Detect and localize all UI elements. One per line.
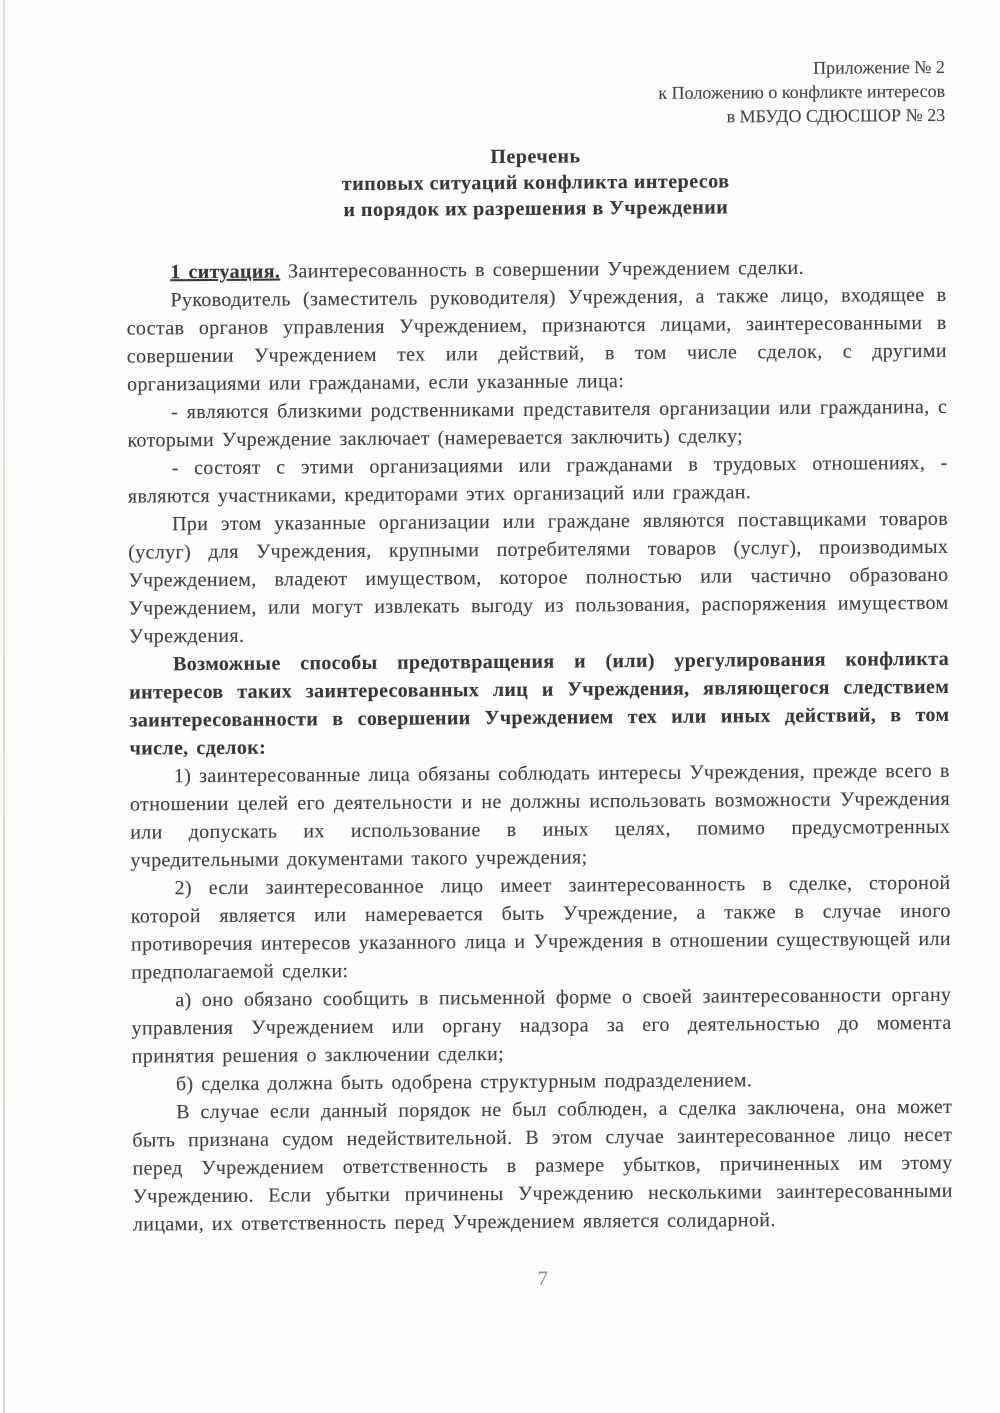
situation-1-lead: 1 ситуация. [170, 261, 280, 284]
header-line-institution: в МБУДО СДЮСШОР № 23 [125, 103, 945, 133]
paragraph-list-labor-relations: - состоят с этими организациями или граж… [128, 449, 948, 511]
document-page: Приложение № 2 к Положению о конфликте и… [0, 0, 1000, 1413]
paragraph-list-relatives: - являются близкими родственниками предс… [127, 393, 947, 455]
page-number: 7 [133, 1265, 953, 1294]
document-body: 1 ситуация. Заинтересованность в соверше… [126, 253, 953, 1239]
situation-1-text: Заинтересованность в совершении Учрежден… [280, 257, 804, 283]
paragraph-item-2a: а) оно обязано сообщить в письменной фор… [131, 981, 952, 1071]
paragraph-item-2: 2) если заинтересованное лицо имеет заин… [130, 869, 951, 987]
paragraph-consequences: В случае если данный порядок не был собл… [132, 1093, 953, 1239]
paragraph-item-1: 1) заинтересованные лица обязаны соблюда… [130, 757, 951, 875]
title-line-3: и порядок их разрешения в Учреждении [126, 193, 946, 225]
document-header: Приложение № 2 к Положению о конфликте и… [125, 55, 945, 133]
paragraph-prevention-methods: Возможные способы предотвращения и (или)… [129, 645, 950, 763]
paragraph-suppliers: При этом указанные организации или гражд… [128, 505, 949, 651]
paragraph-definition: Руководитель (заместитель руководителя) … [126, 281, 947, 399]
document-content: Приложение № 2 к Положению о конфликте и… [0, 0, 1000, 1294]
document-title: Перечень типовых ситуаций конфликта инте… [125, 141, 946, 225]
